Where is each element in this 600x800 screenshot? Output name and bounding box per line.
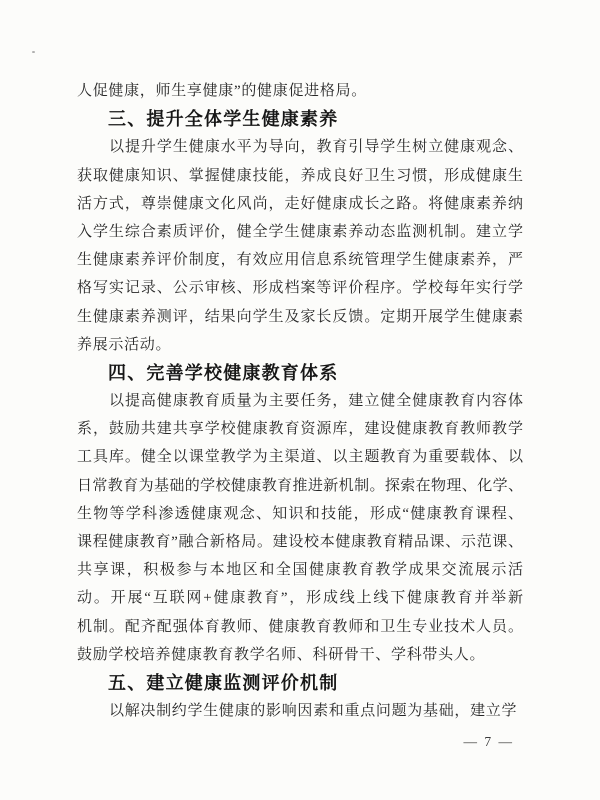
body-line: 生健康素养测评，结果向学生及家长反馈。定期开展学生健康素 <box>77 303 523 331</box>
body-line: 共享课，积极参与本地区和全国健康教育教学成果交流展示活 <box>77 556 523 584</box>
body-line: 获取健康知识、掌握健康技能，养成良好卫生习惯，形成健康生 <box>77 162 523 190</box>
body-line: 动。开展“互联网+健康教育”，形成线上线下健康教育并举新 <box>77 584 523 612</box>
scan-speck <box>32 51 35 53</box>
page-number: — 7 — <box>464 734 515 750</box>
body-line: 以提升学生健康水平为导向，教育引导学生树立健康观念、 <box>77 133 523 161</box>
section-heading: 五、建立健康监测评价机制 <box>108 669 523 697</box>
body-line: 鼓励学校培养健康教育教学名师、科研骨干、学科带头人。 <box>77 641 523 669</box>
section-heading: 四、完善学校健康教育体系 <box>108 359 523 387</box>
body-line: 日常教育为基础的学校健康教育推进新机制。探索在物理、化学、 <box>77 472 523 500</box>
body-line: 活方式，尊崇健康文化风尚，走好健康成长之路。将健康素养纳 <box>77 190 523 218</box>
section-heading: 三、提升全体学生健康素养 <box>108 105 523 133</box>
body-line: 系，鼓励共建共享学校健康教育资源库，建设健康教育教师教学 <box>77 415 523 443</box>
body-line: 以提高健康教育质量为主要任务，建立健全健康教育内容体 <box>77 387 523 415</box>
document-page: 人促健康，师生享健康”的健康促进格局。三、提升全体学生健康素养以提升学生健康水平… <box>0 0 600 800</box>
body-line: 课程健康教育”融合新格局。建设校本健康教育精品课、示范课、 <box>77 528 523 556</box>
document-lines: 人促健康，师生享健康”的健康促进格局。三、提升全体学生健康素养以提升学生健康水平… <box>77 77 523 725</box>
body-line: 格写实记录、公示审核、形成档案等评价程序。学校每年实行学 <box>77 274 523 302</box>
body-line: 生健康素养评价制度，有效应用信息系统管理学生健康素养，严 <box>77 246 523 274</box>
body-line: 人促健康，师生享健康”的健康促进格局。 <box>77 77 523 105</box>
body-line: 工具库。健全以课堂教学为主渠道、以主题教育为重要载体、以 <box>77 443 523 471</box>
body-line: 以解决制约学生健康的影响因素和重点问题为基础，建立学 <box>77 697 523 725</box>
body-line: 机制。配齐配强体育教师、健康教育教师和卫生专业技术人员。 <box>77 613 523 641</box>
body-line: 生物等学科渗透健康观念、知识和技能，形成“健康教育课程、 <box>77 500 523 528</box>
body-line: 入学生综合素质评价，健全学生健康素养动态监测机制。建立学 <box>77 218 523 246</box>
body-line: 养展示活动。 <box>77 331 523 359</box>
